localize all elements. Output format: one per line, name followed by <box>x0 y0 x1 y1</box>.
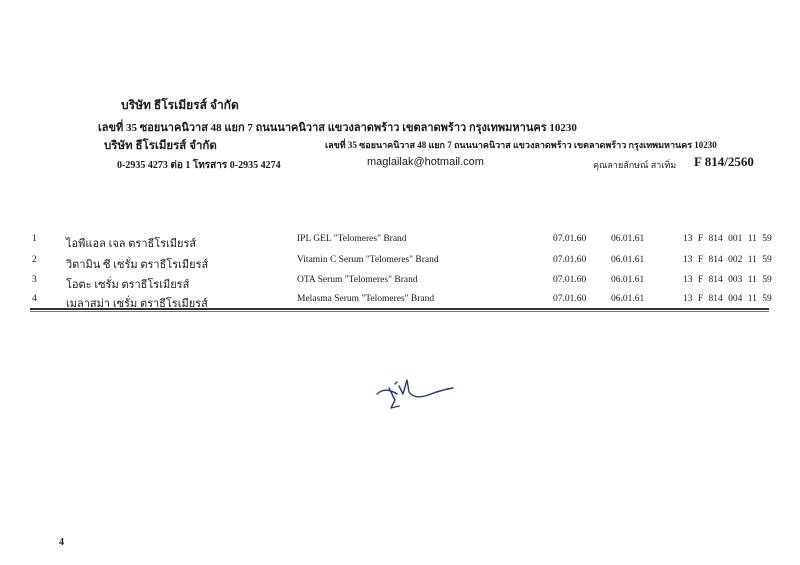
item-number: 1 <box>32 234 37 244</box>
item-name-english: Vitamin C Serum "Telomeres" Brand <box>297 255 439 265</box>
issue-date: 07.01.60 <box>553 234 586 244</box>
company-name-top: บริษัท ธีโรเมียรส์ จำกัด <box>121 96 239 115</box>
item-name-english: OTA Serum "Telomeres" Brand <box>297 275 418 285</box>
registration-number: 13 F 814 002 11 59 <box>683 255 772 265</box>
registration-number: 13 F 814 001 11 59 <box>683 234 772 244</box>
table-bottom-rule <box>30 308 769 310</box>
table-row: 1 ไอพีแอล เจล ตราธีโรเมียรส์ IPL GEL "Te… <box>0 234 800 254</box>
item-number: 4 <box>32 294 37 304</box>
item-number: 3 <box>32 275 37 285</box>
expiry-date: 06.01.61 <box>611 275 644 285</box>
expiry-date: 06.01.61 <box>611 234 644 244</box>
page-number: 4 <box>59 537 64 548</box>
company-address-top: เลขที่ 35 ซอยนาคนิวาส 48 แยก 7 ถนนนาคนิว… <box>98 118 577 136</box>
registration-number: 13 F 814 004 11 59 <box>683 294 772 304</box>
phone-fax: 0-2935 4273 ต่อ 1 โทรสาร 0-2935 4274 <box>117 158 281 173</box>
item-name-thai: วิตามิน ซี เซรั่ม ตราธีโรเมียรส์ <box>66 255 208 273</box>
issue-date: 07.01.60 <box>553 275 586 285</box>
table-bottom-rule-thin <box>30 311 769 312</box>
item-name-thai: ไอพีแอล เจล ตราธีโรเมียรส์ <box>66 234 196 252</box>
table-row: 2 วิตามิน ซี เซรั่ม ตราธีโรเมียรส์ Vitam… <box>0 255 800 275</box>
item-name-thai: โอตะ เซรั่ม ตราธีโรเมียรส์ <box>66 275 189 293</box>
expiry-date: 06.01.61 <box>611 294 644 304</box>
company-address: เลขที่ 35 ซอยนาคนิวาส 48 แยก 7 ถนนนาคนิว… <box>325 138 717 152</box>
item-number: 2 <box>32 255 37 265</box>
issue-date: 07.01.60 <box>553 294 586 304</box>
signature-icon <box>375 372 455 412</box>
registration-number: 13 F 814 003 11 59 <box>683 275 772 285</box>
issue-date: 07.01.60 <box>553 255 586 265</box>
company-name: บริษัท ธีโรเมียรส์ จำกัด <box>104 137 217 155</box>
email-address: maglailak@hotmail.com <box>367 156 484 168</box>
item-name-english: Melasma Serum "Telomeres" Brand <box>297 294 434 304</box>
contact-person: คุณลายลักษณ์ สาเทิ่ม <box>593 158 676 172</box>
table-row: 3 โอตะ เซรั่ม ตราธีโรเมียรส์ OTA Serum "… <box>0 275 800 295</box>
document-number: F 814/2560 <box>694 154 754 170</box>
expiry-date: 06.01.61 <box>611 255 644 265</box>
item-name-english: IPL GEL "Telomeres" Brand <box>297 234 407 244</box>
